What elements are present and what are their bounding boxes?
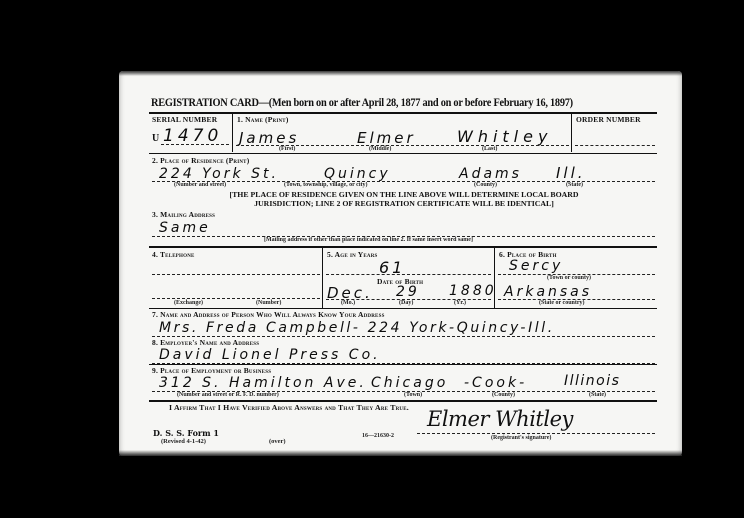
day-caption: (Day) — [399, 300, 413, 306]
signature-caption: (Registrant's signature) — [491, 435, 551, 441]
age-line — [326, 274, 491, 275]
divider — [149, 246, 657, 248]
name-last-value: Whitley — [457, 127, 552, 146]
year-caption: (Yr.) — [454, 300, 466, 306]
exchange-caption: (Exchange) — [174, 300, 203, 306]
middle-caption: (Middle) — [369, 146, 391, 152]
serial-prefix: U — [152, 133, 159, 144]
birth-town-value: Sercy — [509, 258, 563, 274]
county-caption: (County) — [474, 182, 497, 188]
contact-line — [152, 336, 655, 337]
residence-county-value: Adams — [459, 166, 522, 182]
employment-county-value: -Cook- — [464, 375, 527, 391]
employment-town-value: Chicago — [371, 375, 448, 391]
serial-number-label: SERIAL NUMBER — [152, 115, 217, 124]
residence-notice-line1: [THE PLACE OF RESIDENCE GIVEN ON THE LIN… — [174, 190, 634, 199]
employment-state-caption: (State) — [589, 392, 606, 398]
state-caption: (State) — [566, 182, 583, 188]
registration-card: REGISTRATION CARD—(Men born on or after … — [119, 71, 682, 456]
street-caption: (Number and street) — [174, 182, 226, 188]
form-revised: (Revised 4-1-42) — [161, 438, 206, 445]
employment-county-caption: (County) — [492, 392, 515, 398]
employment-street-value: 312 S. Hamilton Ave. — [159, 375, 367, 391]
age-label: 5. Age in Years — [327, 250, 378, 259]
serial-line — [161, 144, 229, 145]
order-number-label: ORDER NUMBER — [576, 115, 641, 124]
residence-state-value: Ill. — [556, 164, 586, 182]
residence-notice: [THE PLACE OF RESIDENCE GIVEN ON THE LIN… — [174, 190, 634, 208]
divider — [494, 247, 495, 308]
card-title: REGISTRATION CARD—(Men born on or after … — [151, 97, 573, 109]
divider — [149, 364, 657, 365]
employer-value: David Lionel Press Co. — [159, 347, 381, 363]
divider — [149, 153, 657, 154]
contact-person-label: 7. Name and Address of Person Who Will A… — [152, 310, 385, 319]
telephone-line-2 — [152, 298, 320, 299]
divider — [322, 247, 323, 308]
name-label: 1. Name (Print) — [237, 115, 289, 124]
registrant-signature: Elmer Whitley — [427, 407, 573, 431]
employment-town-caption: (Town) — [404, 392, 422, 398]
divider — [149, 400, 657, 402]
place-of-employment-label: 9. Place of Employment or Business — [152, 366, 271, 375]
residence-label: 2. Place of Residence (Print) — [152, 156, 249, 165]
dob-day-value: 29 — [396, 284, 420, 300]
telephone-label: 4. Telephone — [152, 250, 195, 259]
contact-person-value: Mrs. Freda Campbell- 224 York-Quincy-Ill… — [159, 320, 555, 336]
residence-notice-line2: JURISDICTION; LINE 2 OF REGISTRATION CER… — [174, 199, 634, 208]
mailing-caption: [Mailing address if other than place ind… — [264, 237, 473, 243]
residence-street-value: 224 York St. — [159, 166, 279, 182]
mailing-address-value: Same — [159, 220, 211, 236]
serial-number-value: 1470 — [163, 126, 222, 146]
employment-state-value: Illinois — [564, 373, 620, 389]
last-caption: (Last) — [482, 146, 497, 152]
birth-state-caption: (State or country) — [539, 300, 585, 306]
signature-line — [417, 433, 655, 434]
mailing-address-label: 3. Mailing Address — [152, 210, 215, 219]
employment-street-caption: (Number and street or R. F. D. number) — [177, 392, 279, 398]
divider — [232, 114, 233, 152]
month-caption: (Mo.) — [341, 300, 355, 306]
number-caption: (Number) — [256, 300, 281, 306]
over-note: (over) — [269, 438, 286, 445]
form-name: D. S. S. Form 1 — [153, 428, 219, 438]
divider — [149, 112, 657, 114]
town-caption: (Town, township, village, or city) — [284, 182, 368, 188]
residence-town-value: Quincy — [324, 166, 391, 182]
birth-state-value: Arkansas — [504, 284, 592, 300]
first-caption: (First) — [279, 146, 295, 152]
order-number-field — [575, 145, 655, 146]
birth-town-caption: (Town or county) — [547, 275, 591, 281]
telephone-line-1 — [152, 274, 320, 275]
employer-label: 8. Employer's Name and Address — [152, 338, 259, 347]
divider — [149, 308, 657, 309]
divider — [571, 114, 572, 152]
print-code: 16—21630-2 — [362, 433, 394, 439]
dob-year-value: 1880 — [449, 283, 497, 299]
affirmation-text: I Affirm That I Have Verified Above Answ… — [169, 403, 409, 412]
